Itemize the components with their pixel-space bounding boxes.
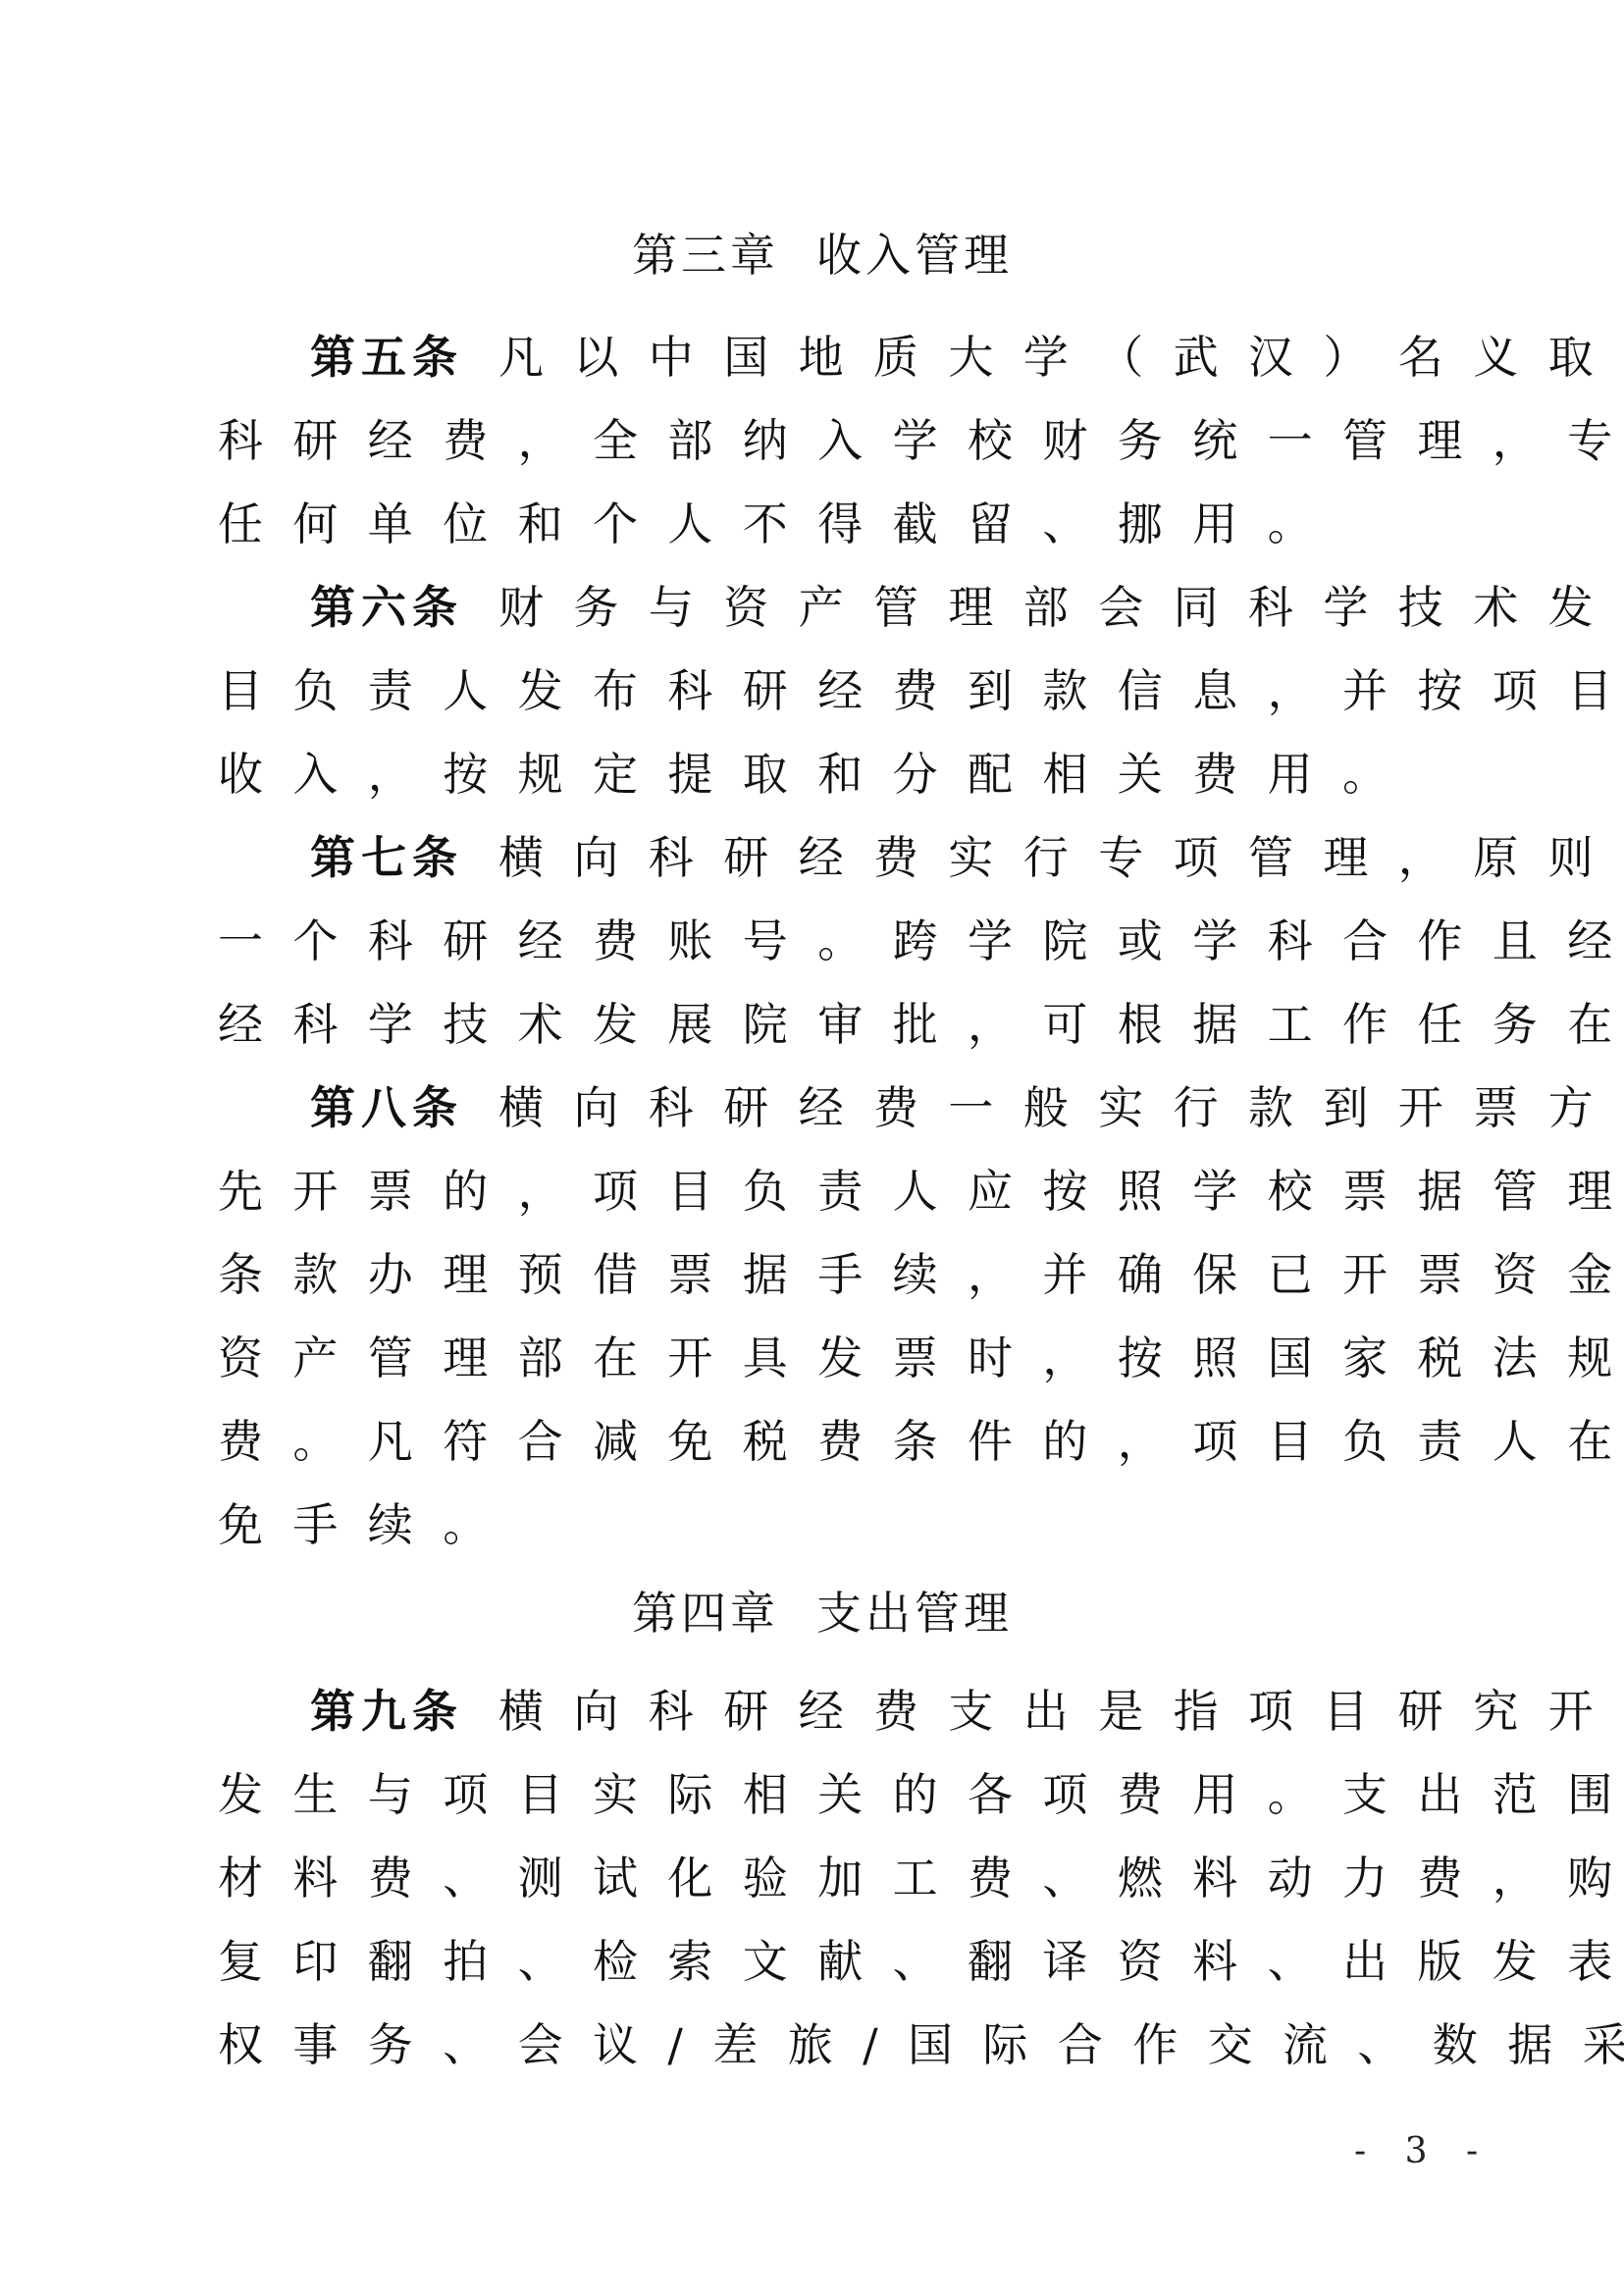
chapter-3-number: 第三章 [632,229,779,282]
article-5-text-1: 凡以中国地质大学（武汉）名义取得的各类横向 [498,331,1624,384]
article-6-label: 第六条 [310,581,463,634]
article-7: 第七条横向科研经费实行专项管理，原则上一个项目列 一个科研经费账号。跨学院或学科… [218,816,1427,1067]
article-7-line-3: 经科学技术发展院审批，可根据工作任务在上账时设立分账号。 [218,983,1427,1067]
article-7-label: 第七条 [310,831,463,884]
article-7-line-2: 一个科研经费账号。跨学院或学科合作且经费额度较大的项目， [218,900,1427,983]
article-9-line-3: 材料费、测试化验加工费、燃料动力费，购置图书、收集资料、 [218,1837,1427,1920]
article-5-line-1: 第五条凡以中国地质大学（武汉）名义取得的各类横向 [218,316,1427,399]
article-9-line-5: 权事务、会议/差旅/国际合作交流、数据采集等费用，外拨资 [218,2004,1427,2087]
article-8-line-6: 免手续。 [218,1484,1427,1567]
article-8-label: 第八条 [310,1081,463,1134]
article-8-line-3: 条款办理预借票据手续，并确保已开票资金及时到款。财务与 [218,1233,1427,1317]
article-9-line-1: 第九条横向科研经费支出是指项目研究开发过程中实际 [218,1670,1427,1753]
chapter-3-title: 收入管理 [816,229,1013,282]
article-6-line-3: 收入，按规定提取和分配相关费用。 [218,733,1427,816]
article-5-line-2: 科研经费，全部纳入学校财务统一管理，专款专用，单独核算， [218,399,1427,483]
article-6-line-2: 目负责人发布科研经费到款信息，并按项目类别及时足额确认 [218,650,1427,733]
article-5-label: 第五条 [310,331,463,384]
page-number: - 3 - [1354,2131,1492,2171]
article-7-line-1: 第七条横向科研经费实行专项管理，原则上一个项目列 [218,816,1427,900]
chapter-3-heading: 第三章收入管理 [218,226,1427,285]
article-8-text-1: 横向科研经费一般实行款到开票方式。若需要预 [498,1081,1624,1134]
article-9-line-2: 发生与项目实际相关的各项费用。支出范围一般包括设备费、 [218,1753,1427,1837]
article-5: 第五条凡以中国地质大学（武汉）名义取得的各类横向 科研经费，全部纳入学校财务统一… [218,316,1427,566]
article-9-label: 第九条 [310,1685,463,1738]
article-9-text-1: 横向科研经费支出是指项目研究开发过程中实际 [498,1685,1624,1738]
chapter-4-number: 第四章 [632,1587,779,1640]
article-6-text-1: 财务与资产管理部会同科学技术发展院及时向项 [498,581,1624,634]
article-8-line-5: 费。凡符合减免税费条件的，项目负责人在开具发票前办理减 [218,1400,1427,1484]
article-8-line-4: 资产管理部在开具发票时，按照国家税法规定代扣代缴相关税 [218,1317,1427,1400]
chapter-4-heading: 第四章支出管理 [218,1584,1427,1643]
article-8-line-1: 第八条横向科研经费一般实行款到开票方式。若需要预 [218,1067,1427,1150]
article-6-line-1: 第六条财务与资产管理部会同科学技术发展院及时向项 [218,566,1427,650]
article-6: 第六条财务与资产管理部会同科学技术发展院及时向项 目负责人发布科研经费到款信息，… [218,566,1427,816]
article-9-line-4: 复印翻拍、检索文献、翻译资料、出版发表、信息传播、知识产 [218,1920,1427,2004]
article-8: 第八条横向科研经费一般实行款到开票方式。若需要预 先开票的，项目负责人应按照学校… [218,1067,1427,1567]
article-8-line-2: 先开票的，项目负责人应按照学校票据管理的有关规定和合同 [218,1150,1427,1233]
article-5-line-3: 任何单位和个人不得截留、挪用。 [218,483,1427,566]
article-7-text-1: 横向科研经费实行专项管理，原则上一个项目列 [498,831,1624,884]
chapter-4-title: 支出管理 [816,1587,1013,1640]
article-9: 第九条横向科研经费支出是指项目研究开发过程中实际 发生与项目实际相关的各项费用。… [218,1670,1427,2087]
